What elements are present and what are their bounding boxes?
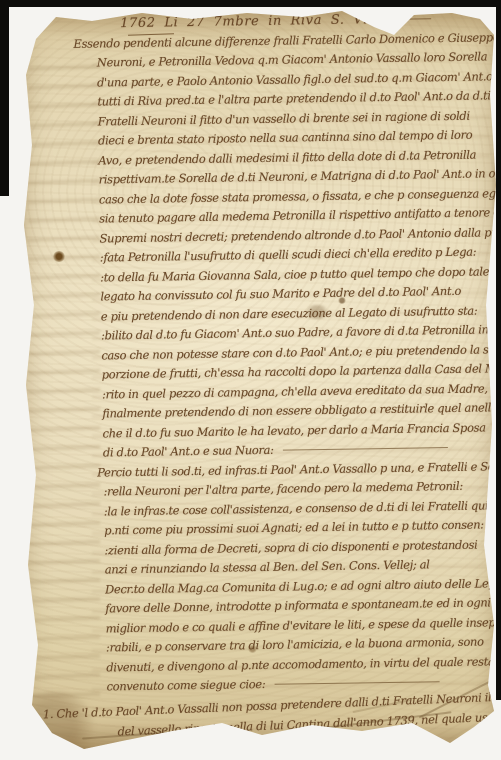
manuscript-page: 1762 Li 27 7mbre in Riva S. Vitale Essen… bbox=[22, 5, 496, 751]
scan-edge-top bbox=[0, 0, 501, 7]
scan-edge-right bbox=[496, 0, 501, 700]
date-dash-flourish bbox=[405, 18, 431, 19]
bleedthrough-text-left-margin bbox=[28, 60, 100, 710]
manuscript-text: 1762 Li 27 7mbre in Riva S. Vitale Essen… bbox=[96, 8, 496, 737]
paragraph-preamble: Essendo pendenti alcune differenze frall… bbox=[96, 28, 493, 463]
scan-edge-left bbox=[0, 0, 9, 196]
date-line-text: 1762 Li 27 7mbre in Riva S. Vitale bbox=[120, 12, 395, 31]
paragraph-agreement: Percio tutti li sod.ti, ed infras.ti Pao… bbox=[103, 457, 496, 697]
